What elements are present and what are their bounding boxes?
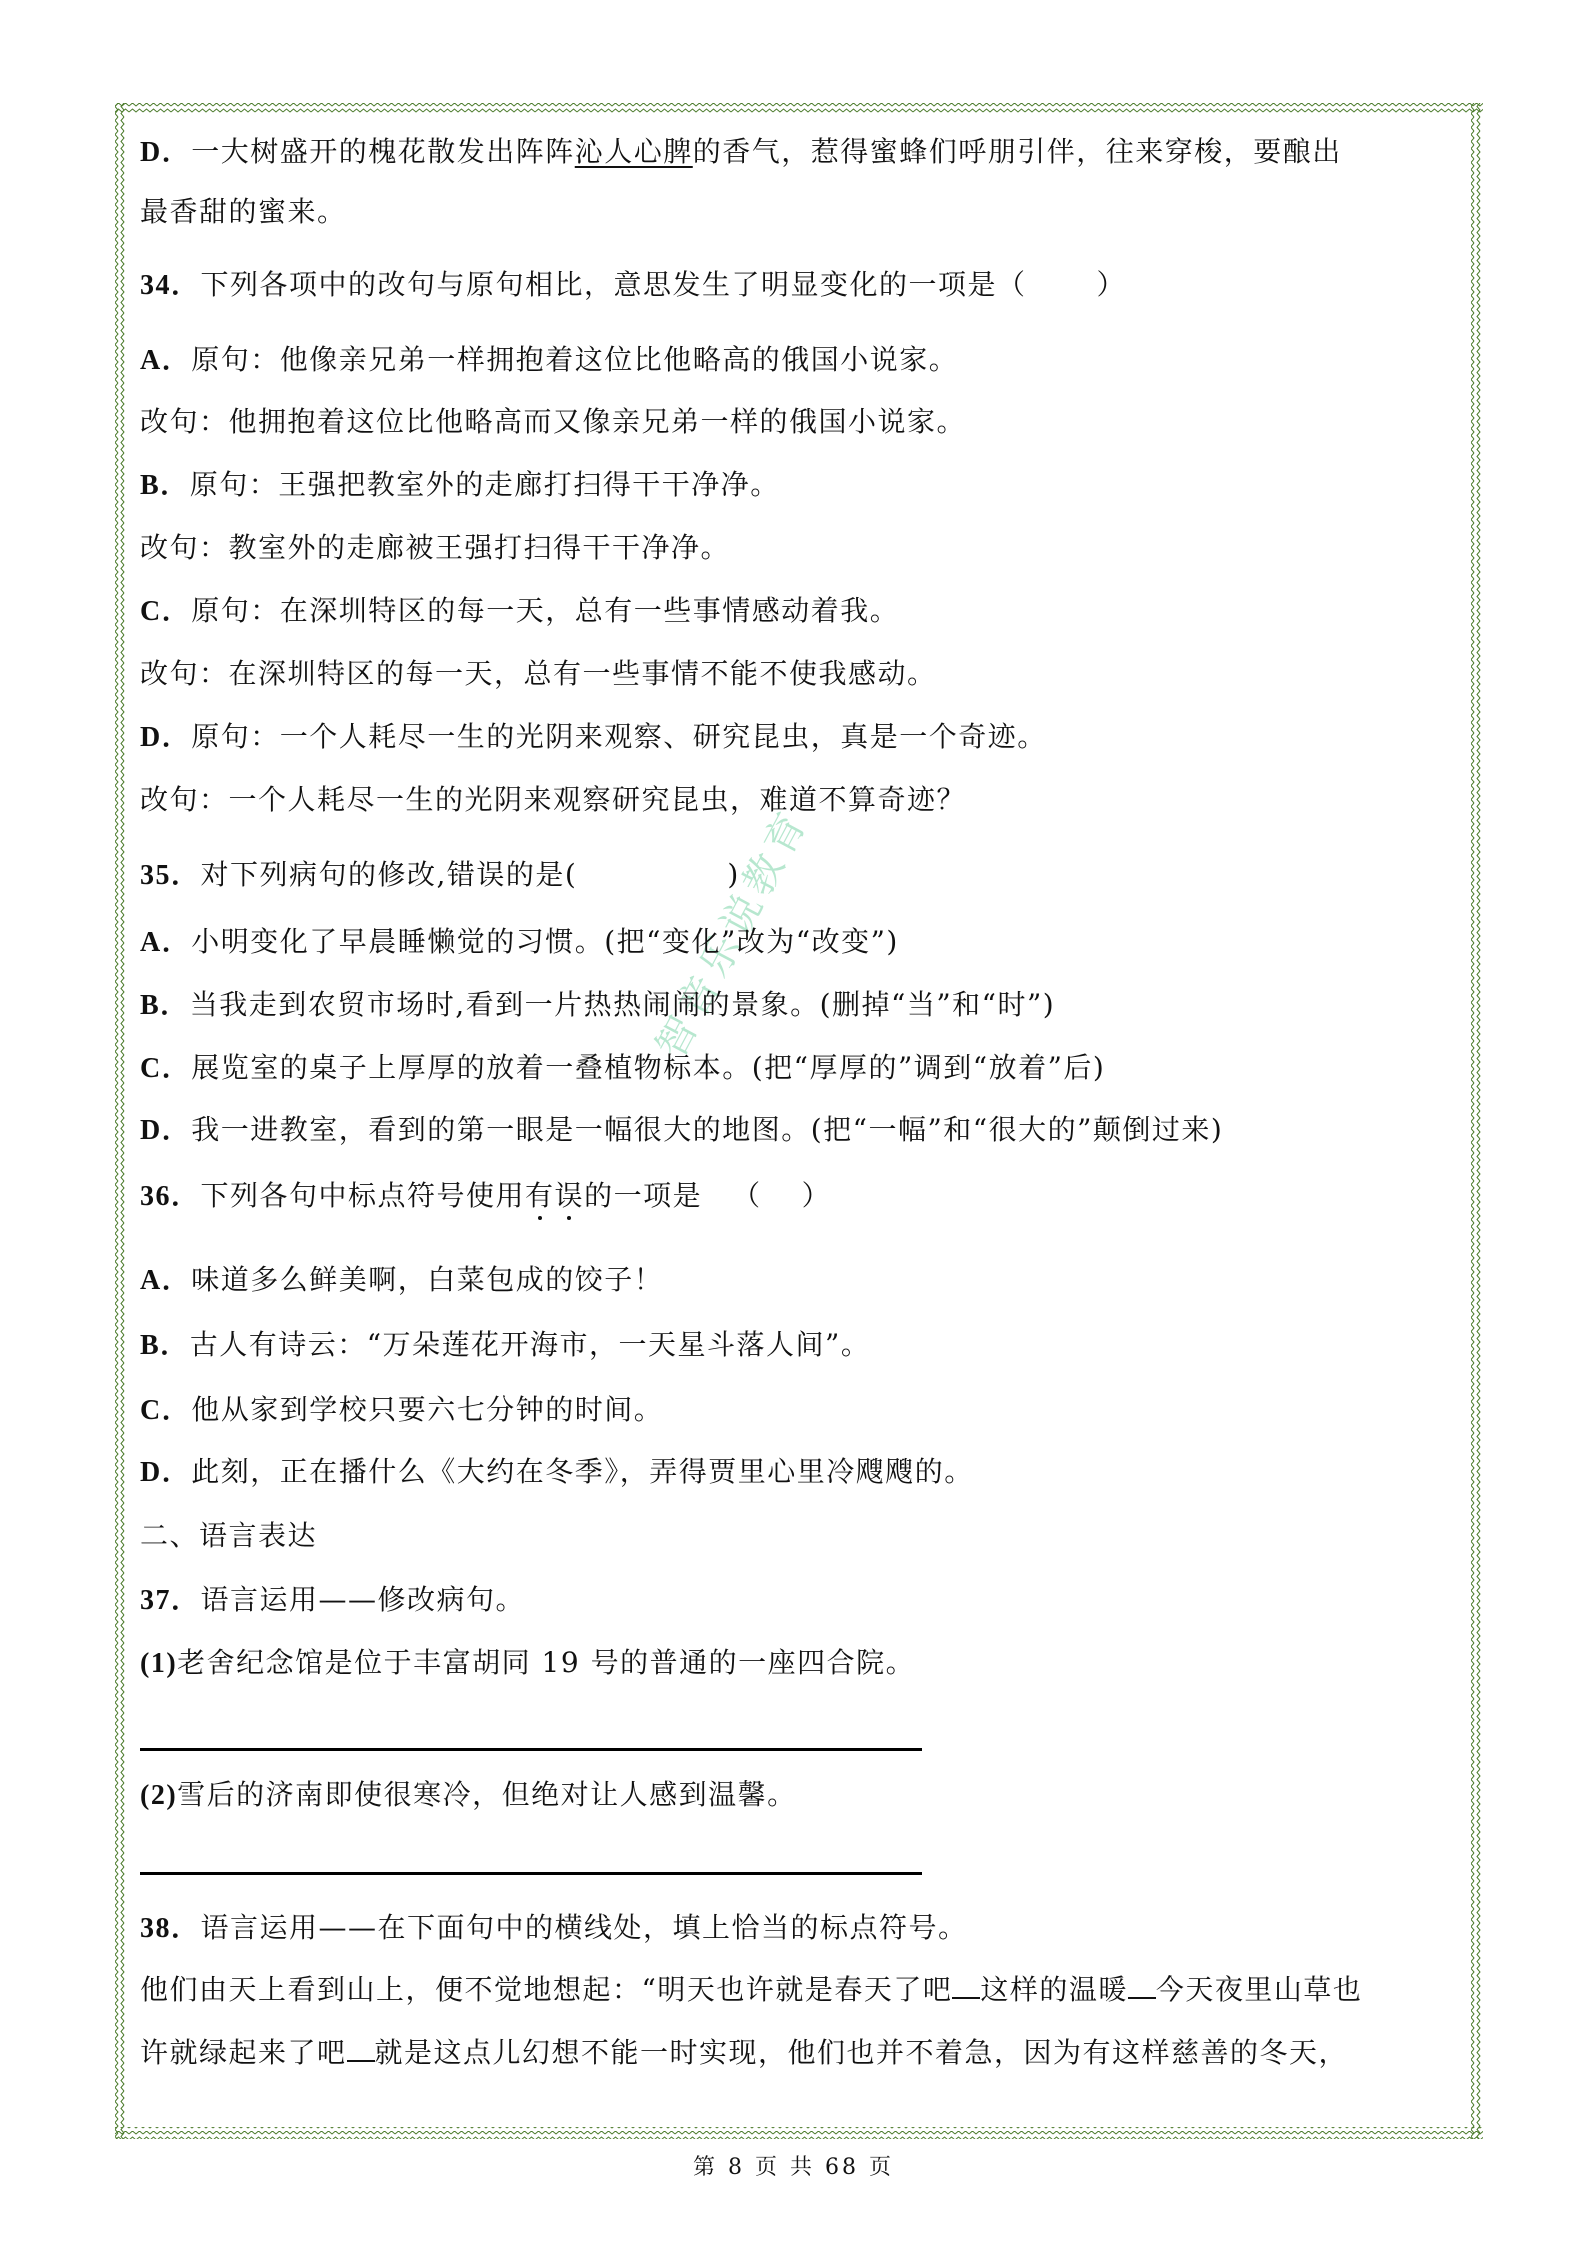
q34-option-c-revised: 改句：在深圳特区的每一天，总有一些事情不能不使我感动。 <box>140 654 937 694</box>
q35-option-c: C．展览室的桌子上厚厚的放着一叠植物标本。(把“厚厚的”调到“放着”后) <box>140 1048 1105 1089</box>
page-number: 第 8 页 共 68 页 <box>0 2150 1587 2181</box>
emphasis-dot-char: 误 <box>555 1179 585 1212</box>
q34-option-c-original: C．原句：在深圳特区的每一天，总有一些事情感动着我。 <box>140 591 899 632</box>
q34-option-b-original: B．原句：王强把教室外的走廊打扫得干干净净。 <box>140 465 780 506</box>
answer-line-2[interactable] <box>140 1872 922 1875</box>
q36-option-d: D．此刻，正在播什么《大约在冬季》，弄得贾里心里冷飕飕的。 <box>140 1452 974 1493</box>
q35-option-b: B．当我走到农贸市场时,看到一片热热闹闹的景象。(删掉“当”和“时”) <box>140 985 1055 1026</box>
q36-option-a: A．味道多么鲜美啊，白菜包成的饺子！ <box>140 1260 663 1301</box>
q38-passage-line-1: 他们由天上看到山上，便不觉地想起：“明天也许就是春天了吧这样的温暖今天夜里山草也 <box>140 1970 1362 2010</box>
q34-option-a-revised: 改句：他拥抱着这位比他略高而又像亲兄弟一样的俄国小说家。 <box>140 402 966 442</box>
q33-option-d: D．一大树盛开的槐花散发出阵阵沁人心脾的香气，惹得蜜蜂们呼朋引伴，往来穿梭，要酿… <box>140 132 1342 173</box>
q35-option-a: A．小明变化了早晨睡懒觉的习惯。(把“变化”改为“改变”) <box>140 922 899 963</box>
emphasis-dot-char: 有 <box>525 1179 555 1212</box>
q34-option-b-revised: 改句：教室外的走廊被王强打扫得干干净净。 <box>140 528 730 568</box>
q34-option-d-original: D．原句：一个人耗尽一生的光阴来观察、研究昆虫，真是一个奇迹。 <box>140 717 1047 758</box>
question-37: 37．语言运用——修改病句。 <box>140 1580 525 1621</box>
punctuation-blank-2[interactable] <box>1128 1973 1156 1999</box>
q34-option-d-revised: 改句：一个人耗尽一生的光阴来观察研究昆虫，难道不算奇迹？ <box>140 780 966 820</box>
q36-option-b: B．古人有诗云：“万朵莲花开海市，一天星斗落人间”。 <box>140 1325 870 1366</box>
q37-item-2: (2)雪后的济南即使很寒冷，但绝对让人感到温馨。 <box>140 1775 797 1816</box>
underlined-phrase: 沁人心脾 <box>575 135 693 168</box>
q33-option-d-cont: 最香甜的蜜来。 <box>140 192 347 232</box>
question-36: 36．下列各句中标点符号使用有误的一项是（） <box>140 1176 831 1217</box>
answer-line-1[interactable] <box>140 1748 922 1751</box>
q34-option-a-original: A．原句：他像亲兄弟一样拥抱着这位比他略高的俄国小说家。 <box>140 340 958 381</box>
punctuation-blank-3[interactable] <box>347 2036 375 2062</box>
q36-option-c: C．他从家到学校只要六七分钟的时间。 <box>140 1390 663 1431</box>
question-38: 38．语言运用——在下面句中的横线处，填上恰当的标点符号。 <box>140 1908 968 1949</box>
q38-passage-line-2: 许就绿起来了吧就是这点儿幻想不能一时实现，他们也并不着急，因为有这样慈善的冬天， <box>140 2033 1348 2073</box>
q37-item-1: (1)老舍纪念馆是位于丰富胡同 19 号的普通的一座四合院。 <box>140 1643 915 1684</box>
question-35: 35．对下列病句的修改,错误的是() <box>140 855 740 896</box>
punctuation-blank-1[interactable] <box>952 1973 980 1999</box>
question-34: 34．下列各项中的改句与原句相比，意思发生了明显变化的一项是（） <box>140 265 1126 306</box>
q35-option-d: D．我一进教室，看到的第一眼是一幅很大的地图。(把“一幅”和“很大的”颠倒过来) <box>140 1110 1223 1151</box>
section-heading: 二、语言表达 <box>140 1516 317 1556</box>
